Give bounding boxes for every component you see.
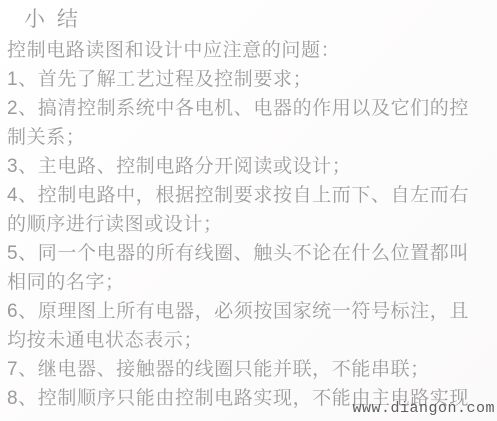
text-line-11: 7、继电器、接触器的线圈只能并联，不能串联； [7,355,497,384]
text-line-9: 6、原理图上所有电器，必须按国家统一符号标注，且 [7,297,497,326]
text-line-1: 1、首先了解工艺过程及控制要求； [7,65,497,94]
text-line-5: 4、控制电路中，根据控制要求按自上而下、自左而右 [7,181,497,210]
summary-document: 小 结 控制电路读图和设计中应注意的问题： 1、首先了解工艺过程及控制要求； 2… [0,0,497,421]
text-line-10: 均按未通电状态表示； [7,326,497,355]
text-line-8: 相同的名字； [7,268,497,297]
text-line-4: 3、主电路、控制电路分开阅读或设计； [7,152,497,181]
text-line-2: 2、搞清控制系统中各电机、电器的作用以及它们的控 [7,94,497,123]
text-line-3: 制关系； [7,123,497,152]
text-line-7: 5、同一个电器的所有线圈、触头不论在什么位置都叫 [7,239,497,268]
text-line-6: 的顺序进行读图或设计； [7,210,497,239]
page-title: 小 结 [24,4,497,36]
site-watermark: www.diangon.com [352,400,495,417]
heading-line: 控制电路读图和设计中应注意的问题： [7,36,497,65]
